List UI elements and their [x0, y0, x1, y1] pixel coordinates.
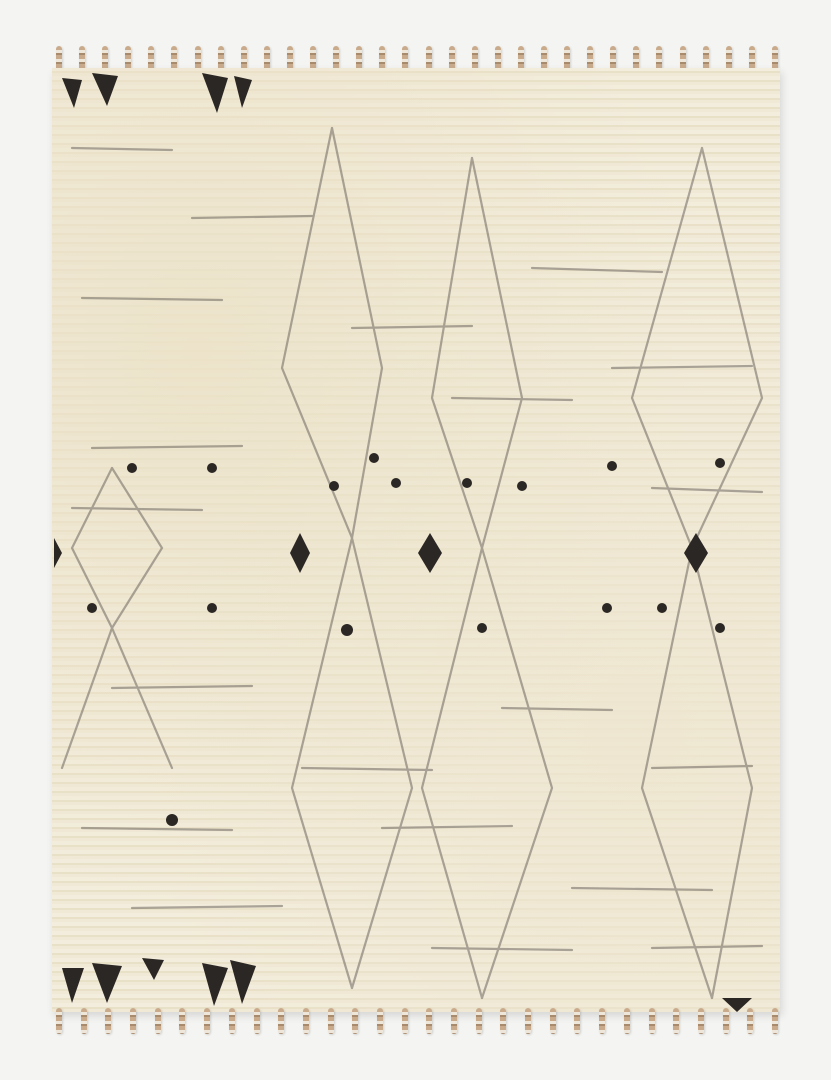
fringe-tassel: [772, 1008, 778, 1034]
fringe-tassel: [500, 1008, 506, 1034]
fringe-tassel: [130, 1008, 136, 1034]
fringe-tassel: [155, 1008, 161, 1034]
fringe-tassel: [81, 1008, 87, 1034]
fringe-tassel: [179, 1008, 185, 1034]
fringe-tassel: [673, 1008, 679, 1034]
fringe-tassel: [599, 1008, 605, 1034]
fringe-tassel: [747, 1008, 753, 1034]
rug-fringe-bottom: [56, 1006, 778, 1036]
fringe-tassel: [723, 1008, 729, 1034]
fringe-tassel: [278, 1008, 284, 1034]
rug: [52, 68, 780, 1012]
fringe-tassel: [328, 1008, 334, 1034]
rug-pattern: [52, 68, 780, 1012]
fringe-tassel: [451, 1008, 457, 1034]
fringe-tassel: [402, 1008, 408, 1034]
fringe-tassel: [525, 1008, 531, 1034]
product-photo: [0, 0, 831, 1080]
fringe-tassel: [624, 1008, 630, 1034]
fringe-tassel: [352, 1008, 358, 1034]
fringe-tassel: [649, 1008, 655, 1034]
fringe-tassel: [550, 1008, 556, 1034]
fringe-tassel: [254, 1008, 260, 1034]
fringe-tassel: [377, 1008, 383, 1034]
fringe-tassel: [105, 1008, 111, 1034]
fringe-tassel: [476, 1008, 482, 1034]
fringe-tassel: [303, 1008, 309, 1034]
fringe-tassel: [426, 1008, 432, 1034]
fringe-tassel: [698, 1008, 704, 1034]
fringe-tassel: [574, 1008, 580, 1034]
fringe-tassel: [229, 1008, 235, 1034]
fringe-tassel: [56, 1008, 62, 1034]
fringe-tassel: [204, 1008, 210, 1034]
